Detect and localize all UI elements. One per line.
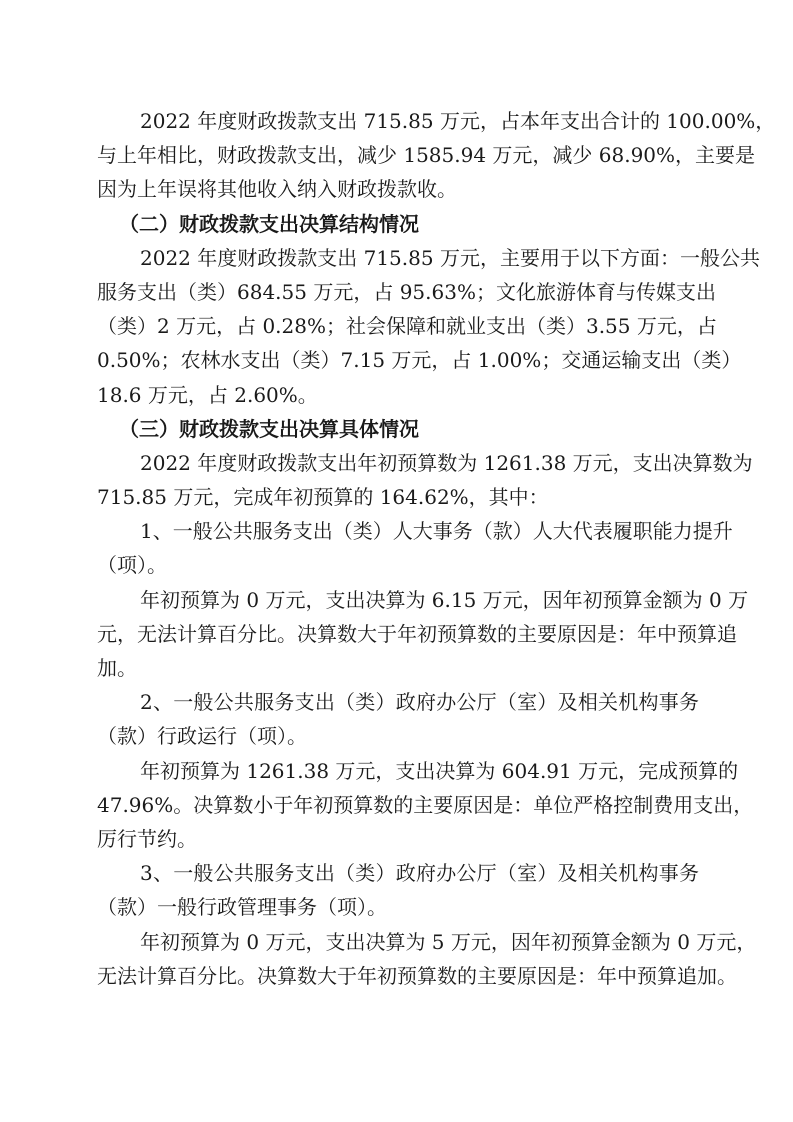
list-item-line: （款）行政运行（项）。 — [97, 719, 699, 753]
list-item-line: 2、一般公共服务支出（类）政府办公厅（室）及相关机构事务 — [97, 685, 699, 719]
paragraph-line: 与上年相比，财政拨款支出，减少 1585.94 万元，减少 68.90%，主要是 — [97, 138, 699, 172]
list-item-line: 1、一般公共服务支出（类）人大事务（款）人大代表履职能力提升 — [97, 514, 699, 548]
section-heading-structure: （二）财政拨款支出决算结构情况 — [97, 207, 699, 241]
paragraph-line: 因为上年误将其他收入纳入财政拨款收。 — [97, 172, 699, 206]
paragraph-line: 厉行节约。 — [97, 822, 699, 856]
paragraph-line: 服务支出（类）684.55 万元，占 95.63%；文化旅游体育与传媒支出 — [97, 275, 699, 309]
paragraph-line: 0.50%；农林水支出（类）7.15 万元，占 1.00%；交通运输支出（类） — [97, 343, 699, 377]
paragraph-line: 加。 — [97, 651, 699, 685]
paragraph-line: 2022 年度财政拨款支出 715.85 万元，主要用于以下方面：一般公共 — [97, 241, 699, 275]
paragraph-line: 2022 年度财政拨款支出年初预算数为 1261.38 万元，支出决算数为 — [97, 446, 699, 480]
paragraph-line: 715.85 万元，完成年初预算的 164.62%，其中： — [97, 480, 699, 514]
list-item-line: 3、一般公共服务支出（类）政府办公厅（室）及相关机构事务 — [97, 856, 699, 890]
section-heading-details: （三）财政拨款支出决算具体情况 — [97, 412, 699, 446]
paragraph-line: 元，无法计算百分比。决算数大于年初预算数的主要原因是：年中预算追 — [97, 617, 699, 651]
list-item-line: （款）一般行政管理事务（项）。 — [97, 890, 699, 924]
paragraph-line: 47.96%。决算数小于年初预算数的主要原因是：单位严格控制费用支出， — [97, 788, 699, 822]
paragraph-line: 年初预算为 0 万元，支出决算为 6.15 万元，因年初预算金额为 0 万 — [97, 583, 699, 617]
paragraph-line: 18.6 万元，占 2.60%。 — [97, 378, 699, 412]
document-page: 2022 年度财政拨款支出 715.85 万元，占本年支出合计的 100.00%… — [97, 104, 699, 993]
list-item-line: （项）。 — [97, 548, 699, 582]
paragraph-line: 年初预算为 0 万元，支出决算为 5 万元，因年初预算金额为 0 万元， — [97, 925, 699, 959]
paragraph-line: （类）2 万元，占 0.28%；社会保障和就业支出（类）3.55 万元，占 — [97, 309, 699, 343]
paragraph-line: 2022 年度财政拨款支出 715.85 万元，占本年支出合计的 100.00%… — [97, 104, 699, 138]
paragraph-line: 年初预算为 1261.38 万元，支出决算为 604.91 万元，完成预算的 — [97, 754, 699, 788]
paragraph-line: 无法计算百分比。决算数大于年初预算数的主要原因是：年中预算追加。 — [97, 959, 699, 993]
